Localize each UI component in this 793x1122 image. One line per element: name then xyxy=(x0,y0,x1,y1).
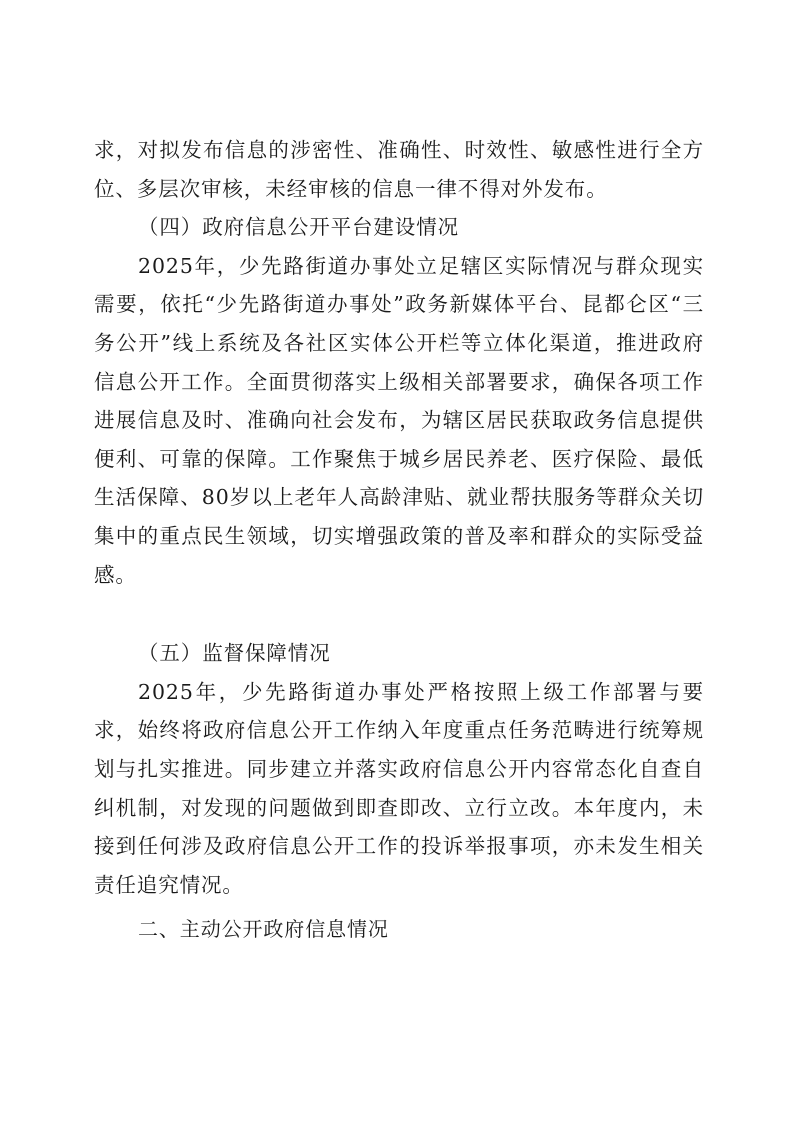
section-heading-supervision: （五）监督保障情况 xyxy=(94,634,704,673)
spacer xyxy=(94,594,704,634)
paragraph-review-policy: 求，对拟发布信息的涉密性、准确性、时效性、敏感性进行全方位、多层次审核，未经审核… xyxy=(94,131,704,208)
paragraph-platform-construction: 2025年，少先路街道办事处立足辖区实际情况与群众现实需要，依托“少先路街道办事… xyxy=(94,247,704,594)
paragraph-supervision: 2025年，少先路街道办事处严格按照上级工作部署与要求，始终将政府信息公开工作纳… xyxy=(94,673,704,905)
document-page: 求，对拟发布信息的涉密性、准确性、时效性、敏感性进行全方位、多层次审核，未经审核… xyxy=(94,131,704,949)
section-heading-platform: （四）政府信息公开平台建设情况 xyxy=(94,208,704,247)
main-heading-active-disclosure: 二、主动公开政府信息情况 xyxy=(94,910,704,949)
